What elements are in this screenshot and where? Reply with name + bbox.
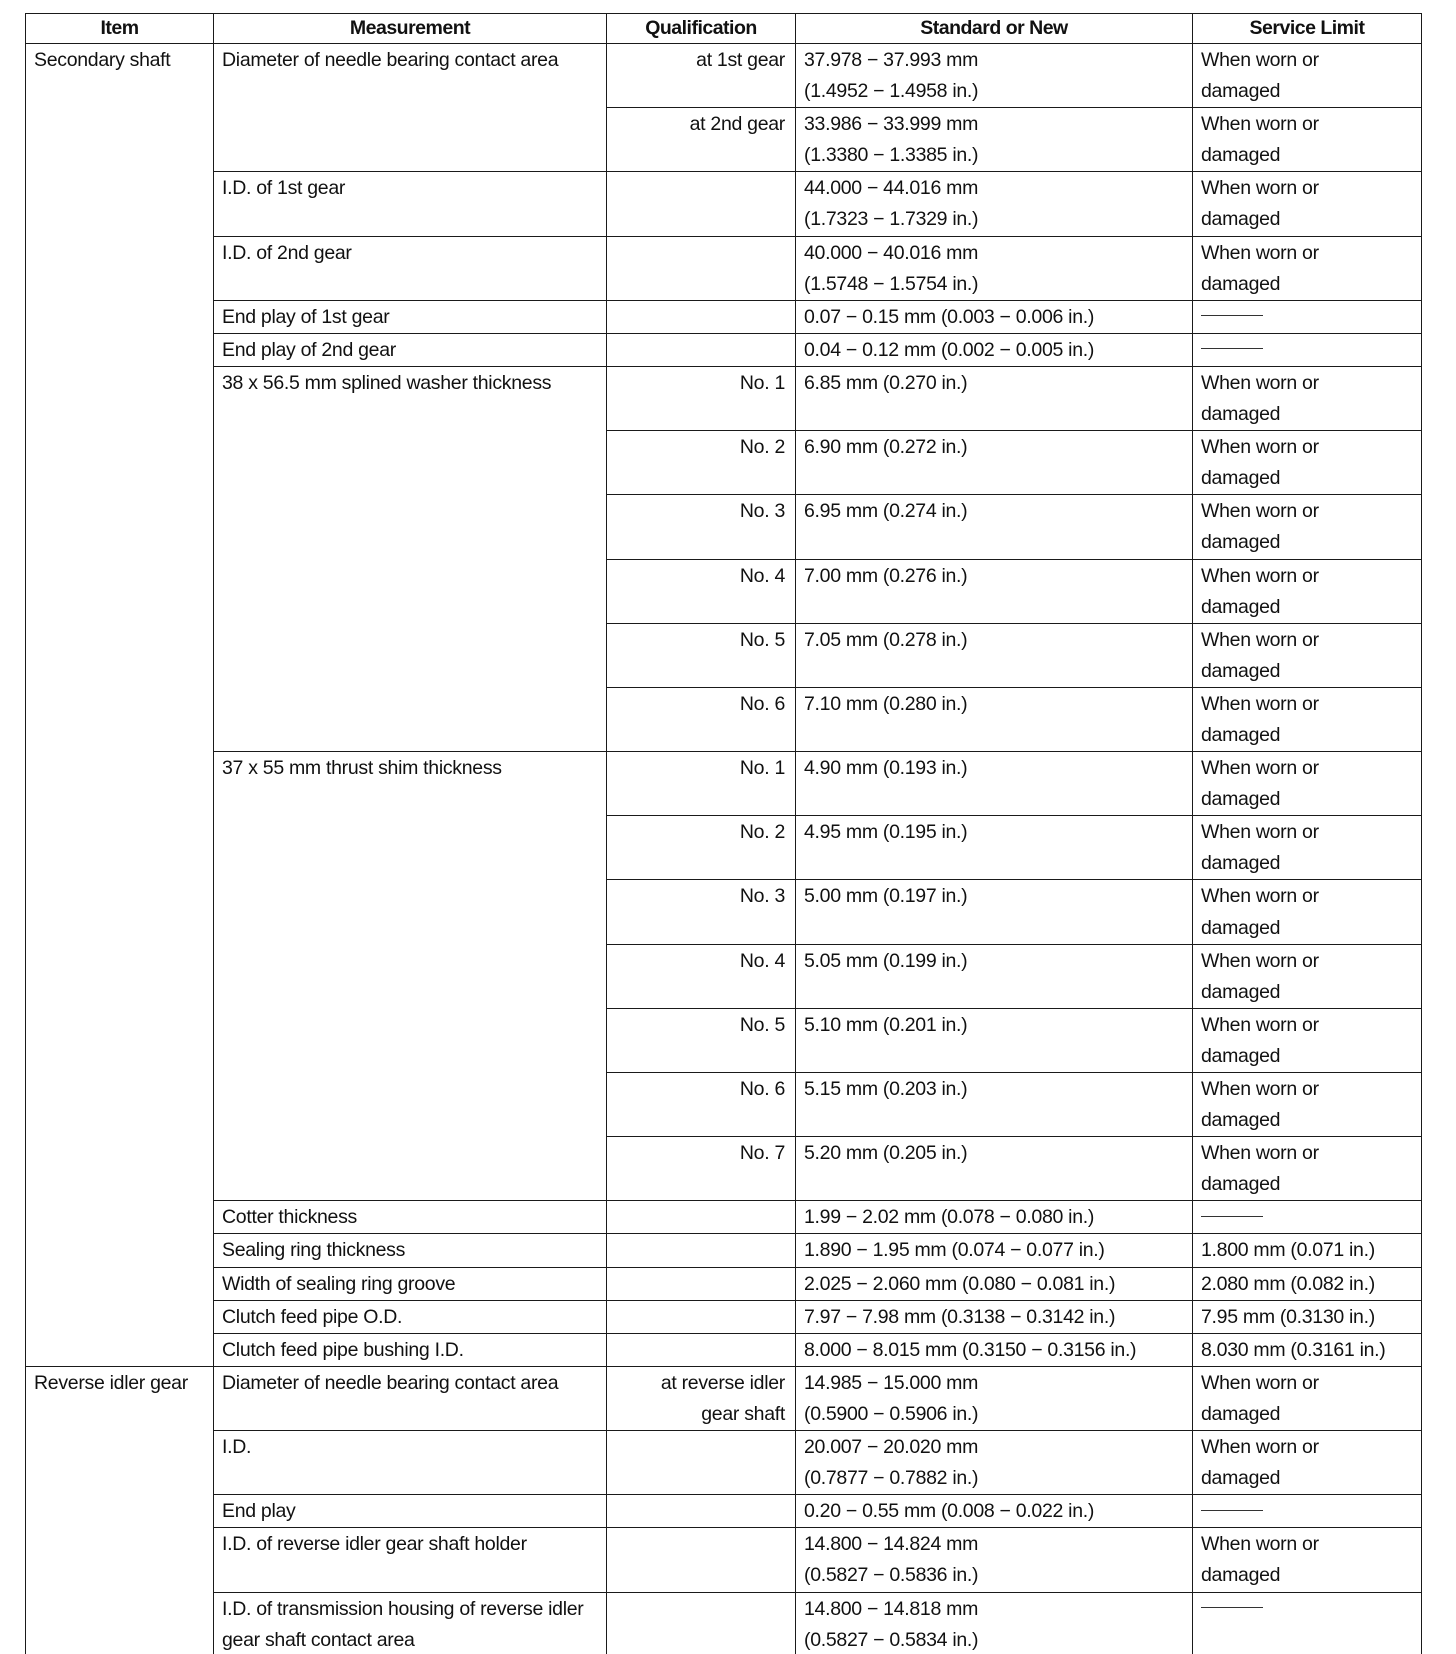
measurement-cell: I.D. — [214, 1431, 607, 1495]
qualification-cell: No. 6 — [607, 1073, 796, 1137]
service-limit-cell — [1193, 1592, 1422, 1654]
measurement-cell: I.D. of transmission housing of reverse … — [214, 1592, 607, 1654]
service-limit-cell: 7.95 mm (0.3130 in.) — [1193, 1300, 1422, 1333]
measurement-cell: End play of 1st gear — [214, 300, 607, 333]
standard-cell: 6.85 mm (0.270 in.) — [796, 366, 1193, 430]
standard-cell: 1.99 − 2.02 mm (0.078 − 0.080 in.) — [796, 1201, 1193, 1234]
standard-cell: 5.05 mm (0.199 in.) — [796, 944, 1193, 1008]
table-row: Clutch feed pipe bushing I.D.8.000 − 8.0… — [26, 1333, 1422, 1366]
not-applicable-dash — [1201, 315, 1263, 316]
standard-cell: 14.800 − 14.824 mm(0.5827 − 0.5836 in.) — [796, 1528, 1193, 1592]
not-applicable-dash — [1201, 348, 1263, 349]
qualification-cell — [607, 1234, 796, 1267]
qualification-cell — [607, 1300, 796, 1333]
service-limit-cell: When worn or damaged — [1193, 752, 1422, 816]
standard-value-line: 4.95 mm (0.195 in.) — [804, 817, 1184, 848]
standard-value-line: (0.5827 − 0.5834 in.) — [804, 1625, 1184, 1654]
service-limit-cell: When worn or damaged — [1193, 495, 1422, 559]
standard-value-line: (1.7323 − 1.7329 in.) — [804, 204, 1184, 235]
qualification-cell: at 2nd gear — [607, 108, 796, 172]
standard-cell: 5.15 mm (0.203 in.) — [796, 1073, 1193, 1137]
standard-cell: 5.10 mm (0.201 in.) — [796, 1008, 1193, 1072]
standard-value-line: (0.7877 − 0.7882 in.) — [804, 1463, 1184, 1494]
table-row: Secondary shaftDiameter of needle bearin… — [26, 44, 1422, 108]
standard-value-line: 5.20 mm (0.205 in.) — [804, 1138, 1184, 1169]
table-row: Reverse idler gearDiameter of needle bea… — [26, 1366, 1422, 1430]
header-service-limit: Service Limit — [1193, 14, 1422, 44]
header-measurement: Measurement — [214, 14, 607, 44]
standard-value-line: 6.90 mm (0.272 in.) — [804, 432, 1184, 463]
standard-value-line: 5.05 mm (0.199 in.) — [804, 946, 1184, 977]
measurement-cell: Cotter thickness — [214, 1201, 607, 1234]
standard-value-line: 44.000 − 44.016 mm — [804, 173, 1184, 204]
qualification-cell: No. 5 — [607, 1008, 796, 1072]
standard-value-line: 6.85 mm (0.270 in.) — [804, 368, 1184, 399]
standard-value-line: (0.5900 − 0.5906 in.) — [804, 1399, 1184, 1430]
table-row: Clutch feed pipe O.D.7.97 − 7.98 mm (0.3… — [26, 1300, 1422, 1333]
table-row: End play0.20 − 0.55 mm (0.008 − 0.022 in… — [26, 1495, 1422, 1528]
standard-value-line: 40.000 − 40.016 mm — [804, 238, 1184, 269]
service-limit-cell: When worn or damaged — [1193, 431, 1422, 495]
measurement-cell: I.D. of 2nd gear — [214, 236, 607, 300]
service-limit-cell: When worn or damaged — [1193, 1431, 1422, 1495]
standard-value-line: (1.3380 − 1.3385 in.) — [804, 140, 1184, 171]
service-limit-cell: 1.800 mm (0.071 in.) — [1193, 1234, 1422, 1267]
service-limit-cell: When worn or damaged — [1193, 880, 1422, 944]
standard-value-line: 7.97 − 7.98 mm (0.3138 − 0.3142 in.) — [804, 1302, 1184, 1333]
measurement-cell: 38 x 56.5 mm splined washer thickness — [214, 366, 607, 751]
service-limit-cell — [1193, 333, 1422, 366]
standard-cell: 7.97 − 7.98 mm (0.3138 − 0.3142 in.) — [796, 1300, 1193, 1333]
table-row: Sealing ring thickness1.890 − 1.95 mm (0… — [26, 1234, 1422, 1267]
standard-cell: 5.20 mm (0.205 in.) — [796, 1137, 1193, 1201]
qualification-cell — [607, 1495, 796, 1528]
standard-cell: 7.10 mm (0.280 in.) — [796, 687, 1193, 751]
not-applicable-dash — [1201, 1607, 1263, 1608]
header-item: Item — [26, 14, 214, 44]
measurement-cell: Diameter of needle bearing contact area — [214, 1366, 607, 1430]
standard-cell: 33.986 − 33.999 mm(1.3380 − 1.3385 in.) — [796, 108, 1193, 172]
qualification-cell: No. 1 — [607, 366, 796, 430]
standard-cell: 14.800 − 14.818 mm(0.5827 − 0.5834 in.) — [796, 1592, 1193, 1654]
service-limit-cell: When worn or damaged — [1193, 172, 1422, 236]
standard-value-line: 1.890 − 1.95 mm (0.074 − 0.077 in.) — [804, 1235, 1184, 1266]
measurement-cell: End play of 2nd gear — [214, 333, 607, 366]
service-limit-cell — [1193, 1495, 1422, 1528]
standard-value-line: 5.15 mm (0.203 in.) — [804, 1074, 1184, 1105]
not-applicable-dash — [1201, 1216, 1263, 1217]
table-row: I.D. of 2nd gear40.000 − 40.016 mm(1.574… — [26, 236, 1422, 300]
item-cell: Secondary shaft — [26, 44, 214, 1367]
measurement-cell: End play — [214, 1495, 607, 1528]
qualification-cell — [607, 333, 796, 366]
qualification-cell: at 1st gear — [607, 44, 796, 108]
standard-value-line: 0.04 − 0.12 mm (0.002 − 0.005 in.) — [804, 335, 1184, 366]
measurement-cell: Clutch feed pipe bushing I.D. — [214, 1333, 607, 1366]
service-limit-cell: When worn or damaged — [1193, 687, 1422, 751]
service-limit-cell: When worn or damaged — [1193, 1008, 1422, 1072]
standard-value-line: 0.20 − 0.55 mm (0.008 − 0.022 in.) — [804, 1496, 1184, 1527]
standard-cell: 14.985 − 15.000 mm(0.5900 − 0.5906 in.) — [796, 1366, 1193, 1430]
service-limit-cell — [1193, 300, 1422, 333]
standard-cell: 7.05 mm (0.278 in.) — [796, 623, 1193, 687]
qualification-cell: No. 4 — [607, 559, 796, 623]
table-row: I.D. of 1st gear44.000 − 44.016 mm(1.732… — [26, 172, 1422, 236]
standard-value-line: 7.05 mm (0.278 in.) — [804, 625, 1184, 656]
standard-value-line: 14.800 − 14.818 mm — [804, 1594, 1184, 1625]
header-row: Item Measurement Qualification Standard … — [26, 14, 1422, 44]
qualification-cell — [607, 236, 796, 300]
table-row: 38 x 56.5 mm splined washer thicknessNo.… — [26, 366, 1422, 430]
service-limit-cell: When worn or damaged — [1193, 559, 1422, 623]
qualification-cell — [607, 1267, 796, 1300]
service-limit-cell: When worn or damaged — [1193, 944, 1422, 1008]
item-cell: Reverse idler gear — [26, 1366, 214, 1654]
service-limit-cell: When worn or damaged — [1193, 108, 1422, 172]
standard-cell: 5.00 mm (0.197 in.) — [796, 880, 1193, 944]
standard-value-line: 6.95 mm (0.274 in.) — [804, 496, 1184, 527]
standard-value-line: (1.5748 − 1.5754 in.) — [804, 269, 1184, 300]
qualification-cell: No. 6 — [607, 687, 796, 751]
table-row: I.D. of transmission housing of reverse … — [26, 1592, 1422, 1654]
standard-cell: 8.000 − 8.015 mm (0.3150 − 0.3156 in.) — [796, 1333, 1193, 1366]
service-limit-cell: When worn or damaged — [1193, 1528, 1422, 1592]
table-row: Cotter thickness1.99 − 2.02 mm (0.078 − … — [26, 1201, 1422, 1234]
standard-cell: 37.978 − 37.993 mm(1.4952 − 1.4958 in.) — [796, 44, 1193, 108]
standard-cell: 0.04 − 0.12 mm (0.002 − 0.005 in.) — [796, 333, 1193, 366]
standard-cell: 4.95 mm (0.195 in.) — [796, 816, 1193, 880]
service-limit-cell: When worn or damaged — [1193, 816, 1422, 880]
not-applicable-dash — [1201, 1510, 1263, 1511]
header-qualification: Qualification — [607, 14, 796, 44]
measurement-cell: Diameter of needle bearing contact area — [214, 44, 607, 172]
qualification-cell: No. 2 — [607, 816, 796, 880]
qualification-cell: No. 2 — [607, 431, 796, 495]
standard-value-line: 8.000 − 8.015 mm (0.3150 − 0.3156 in.) — [804, 1335, 1184, 1366]
standard-value-line: 33.986 − 33.999 mm — [804, 109, 1184, 140]
table-row: Width of sealing ring groove2.025 − 2.06… — [26, 1267, 1422, 1300]
table-body: Secondary shaftDiameter of needle bearin… — [26, 44, 1422, 1654]
standard-value-line: (1.4952 − 1.4958 in.) — [804, 76, 1184, 107]
measurement-cell: I.D. of 1st gear — [214, 172, 607, 236]
service-limit-cell: 8.030 mm (0.3161 in.) — [1193, 1333, 1422, 1366]
qualification-cell: No. 5 — [607, 623, 796, 687]
standard-cell: 40.000 − 40.016 mm(1.5748 − 1.5754 in.) — [796, 236, 1193, 300]
table-row: End play of 1st gear0.07 − 0.15 mm (0.00… — [26, 300, 1422, 333]
standard-cell: 2.025 − 2.060 mm (0.080 − 0.081 in.) — [796, 1267, 1193, 1300]
standard-cell: 6.95 mm (0.274 in.) — [796, 495, 1193, 559]
table-row: 37 x 55 mm thrust shim thicknessNo. 14.9… — [26, 752, 1422, 816]
standard-cell: 0.20 − 0.55 mm (0.008 − 0.022 in.) — [796, 1495, 1193, 1528]
qualification-cell — [607, 1333, 796, 1366]
standard-cell: 0.07 − 0.15 mm (0.003 − 0.006 in.) — [796, 300, 1193, 333]
standard-value-line: 37.978 − 37.993 mm — [804, 45, 1184, 76]
qualification-cell — [607, 1592, 796, 1654]
standard-cell: 44.000 − 44.016 mm(1.7323 − 1.7329 in.) — [796, 172, 1193, 236]
service-limit-cell: When worn or damaged — [1193, 623, 1422, 687]
table-row: I.D.20.007 − 20.020 mm(0.7877 − 0.7882 i… — [26, 1431, 1422, 1495]
standard-value-line: 14.800 − 14.824 mm — [804, 1529, 1184, 1560]
measurement-cell: Clutch feed pipe O.D. — [214, 1300, 607, 1333]
qualification-cell: at reverse idler gear shaft — [607, 1366, 796, 1430]
standard-value-line: (0.5827 − 0.5836 in.) — [804, 1560, 1184, 1591]
qualification-cell — [607, 172, 796, 236]
service-limit-cell: When worn or damaged — [1193, 44, 1422, 108]
standard-cell: 4.90 mm (0.193 in.) — [796, 752, 1193, 816]
standard-value-line: 2.025 − 2.060 mm (0.080 − 0.081 in.) — [804, 1269, 1184, 1300]
standard-cell: 1.890 − 1.95 mm (0.074 − 0.077 in.) — [796, 1234, 1193, 1267]
specification-table: Item Measurement Qualification Standard … — [25, 13, 1422, 1654]
standard-value-line: 5.00 mm (0.197 in.) — [804, 881, 1184, 912]
service-limit-cell: 2.080 mm (0.082 in.) — [1193, 1267, 1422, 1300]
standard-value-line: 7.10 mm (0.280 in.) — [804, 689, 1184, 720]
qualification-cell — [607, 1201, 796, 1234]
qualification-cell — [607, 1431, 796, 1495]
standard-value-line: 5.10 mm (0.201 in.) — [804, 1010, 1184, 1041]
service-limit-cell — [1193, 1201, 1422, 1234]
qualification-cell — [607, 1528, 796, 1592]
service-limit-cell: When worn or damaged — [1193, 1366, 1422, 1430]
header-standard: Standard or New — [796, 14, 1193, 44]
service-limit-cell: When worn or damaged — [1193, 366, 1422, 430]
table-row: End play of 2nd gear0.04 − 0.12 mm (0.00… — [26, 333, 1422, 366]
qualification-cell: No. 3 — [607, 495, 796, 559]
service-limit-cell: When worn or damaged — [1193, 1073, 1422, 1137]
qualification-cell: No. 1 — [607, 752, 796, 816]
standard-value-line: 1.99 − 2.02 mm (0.078 − 0.080 in.) — [804, 1202, 1184, 1233]
standard-cell: 20.007 − 20.020 mm(0.7877 − 0.7882 in.) — [796, 1431, 1193, 1495]
qualification-cell: No. 4 — [607, 944, 796, 1008]
measurement-cell: Width of sealing ring groove — [214, 1267, 607, 1300]
measurement-cell: I.D. of reverse idler gear shaft holder — [214, 1528, 607, 1592]
table-row: I.D. of reverse idler gear shaft holder1… — [26, 1528, 1422, 1592]
standard-value-line: 7.00 mm (0.276 in.) — [804, 561, 1184, 592]
service-limit-cell: When worn or damaged — [1193, 236, 1422, 300]
standard-value-line: 20.007 − 20.020 mm — [804, 1432, 1184, 1463]
standard-cell: 7.00 mm (0.276 in.) — [796, 559, 1193, 623]
standard-value-line: 4.90 mm (0.193 in.) — [804, 753, 1184, 784]
qualification-cell: No. 7 — [607, 1137, 796, 1201]
measurement-cell: Sealing ring thickness — [214, 1234, 607, 1267]
standard-value-line: 14.985 − 15.000 mm — [804, 1368, 1184, 1399]
service-limit-cell: When worn or damaged — [1193, 1137, 1422, 1201]
qualification-cell — [607, 300, 796, 333]
measurement-cell: 37 x 55 mm thrust shim thickness — [214, 752, 607, 1201]
qualification-cell: No. 3 — [607, 880, 796, 944]
standard-value-line: 0.07 − 0.15 mm (0.003 − 0.006 in.) — [804, 302, 1184, 333]
standard-cell: 6.90 mm (0.272 in.) — [796, 431, 1193, 495]
